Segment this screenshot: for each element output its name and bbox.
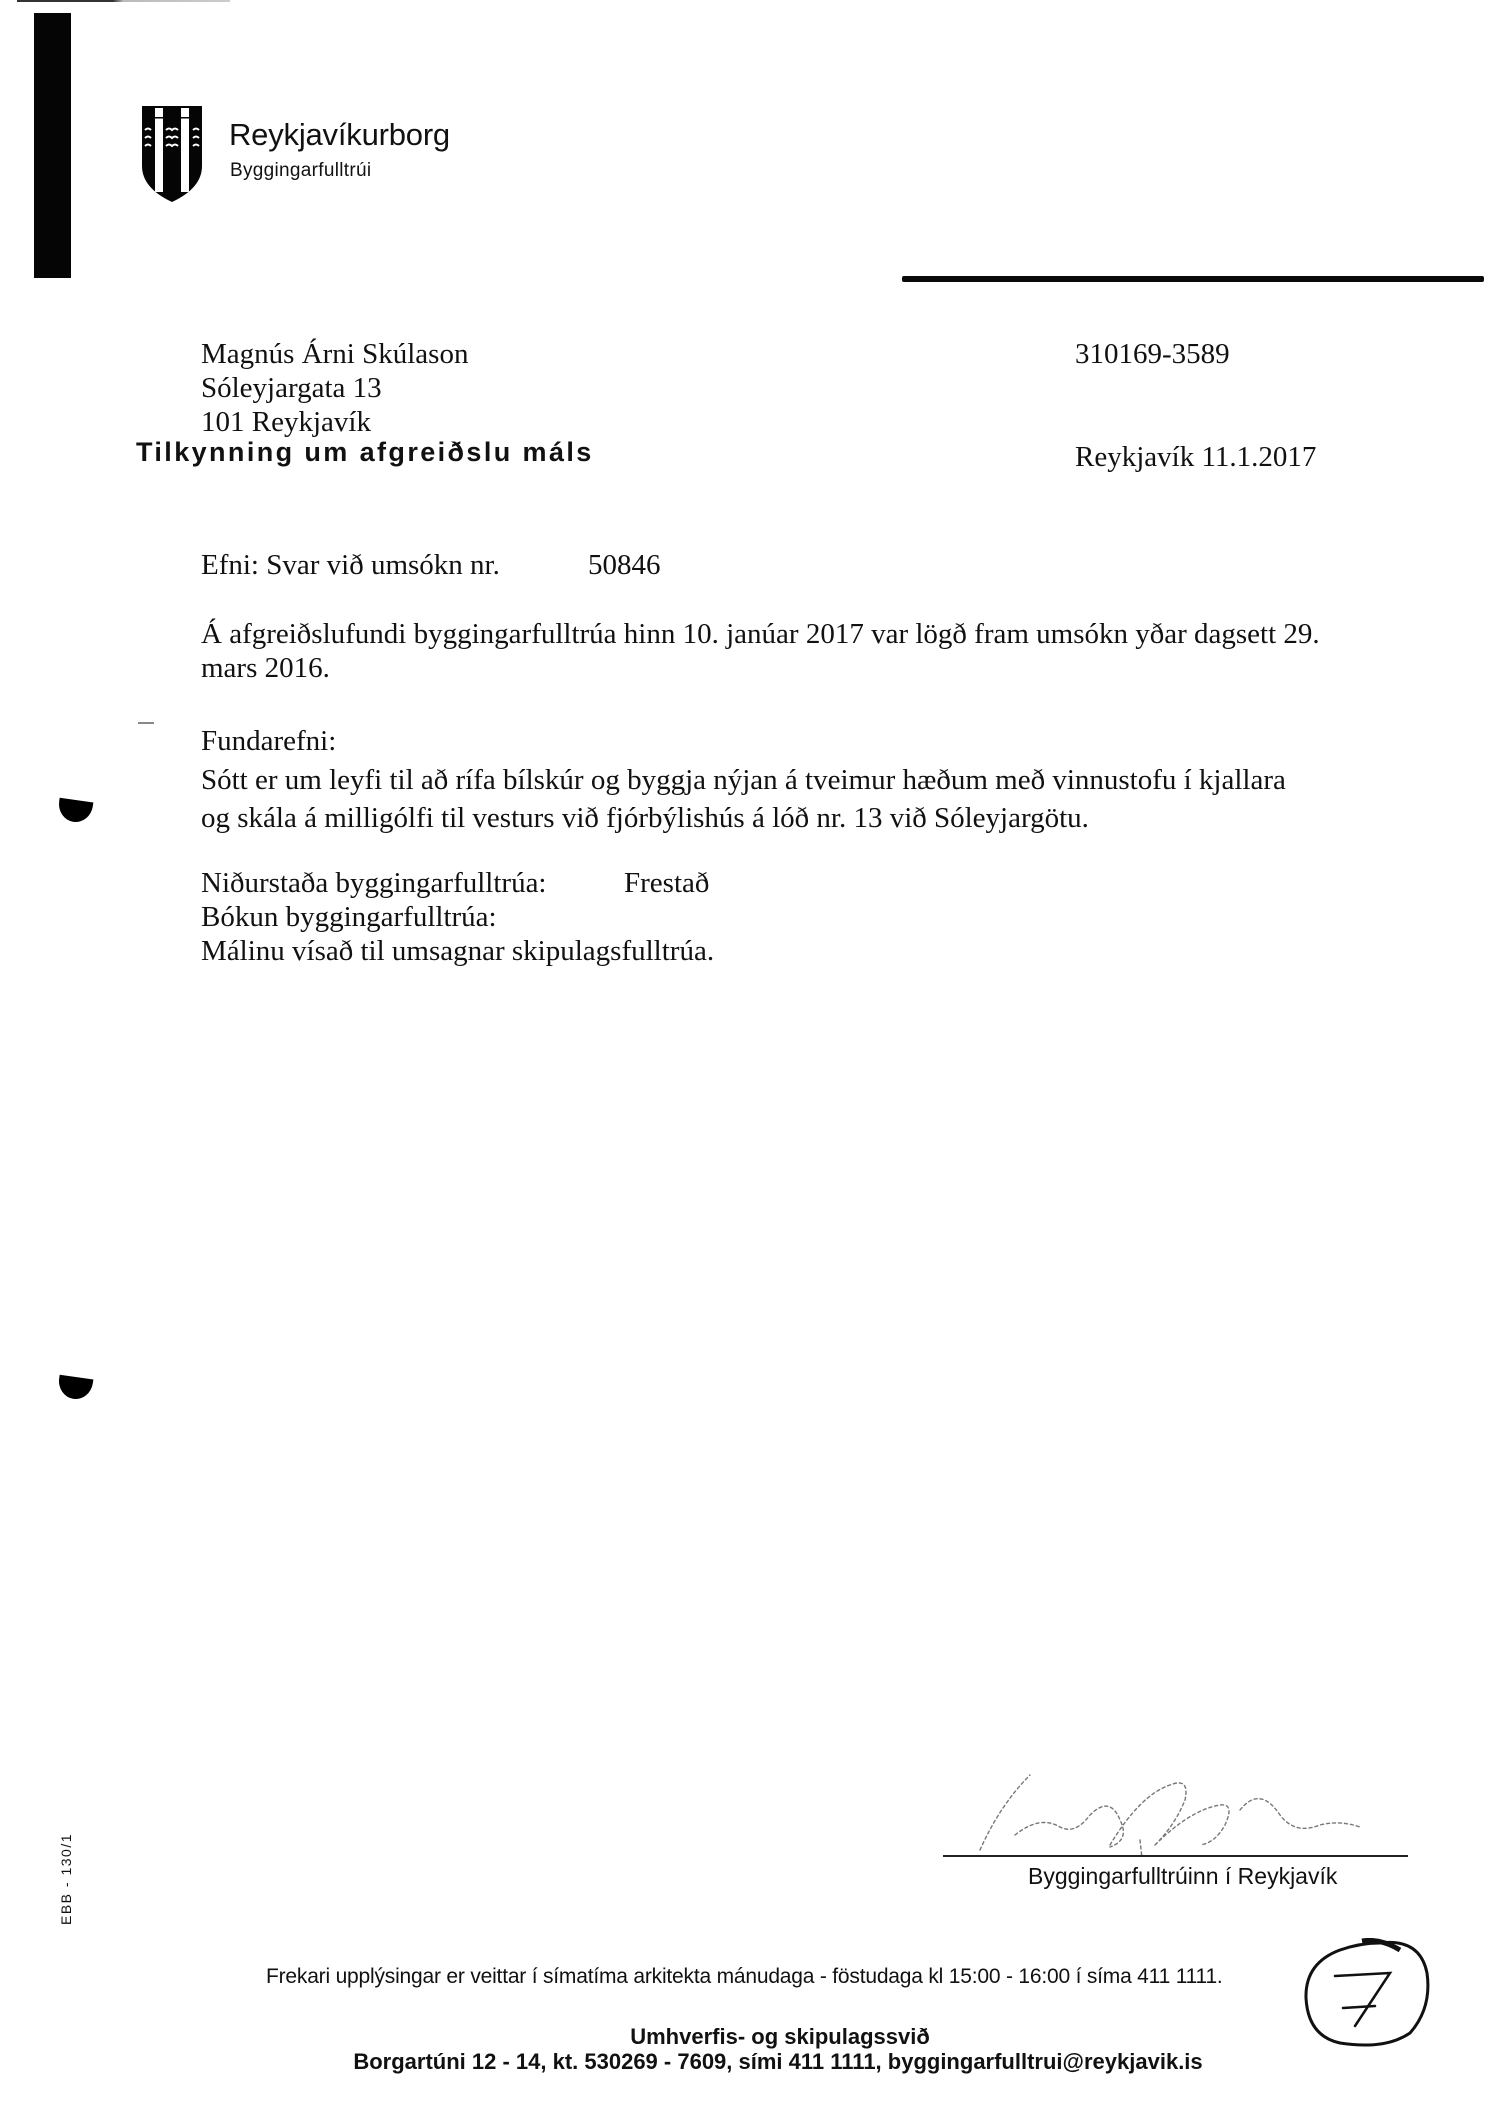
result-value: Frestað (624, 866, 709, 900)
footer-contact: Borgartúni 12 - 14, kt. 530269 - 7609, s… (0, 2049, 1500, 2075)
footer-info: Frekari upplýsingar er veittar í símatím… (266, 1965, 1223, 1989)
letterhead-side-bar (34, 13, 71, 278)
signature-line (943, 1855, 1408, 1857)
signatory-title: Byggingarfulltrúinn í Reykjavík (1028, 1863, 1337, 1890)
scan-artifact (138, 722, 154, 724)
meeting-text: Sótt er um leyfi til að rífa bílskúr og … (201, 761, 1311, 837)
booking-text: Málinu vísað til umsagnar skipulagsfullt… (201, 934, 714, 968)
booking-label: Bókun byggingarfulltrúa: (201, 900, 497, 934)
recipient-name: Magnús Árni Skúlason (201, 337, 468, 371)
recipient-street: Sóleyjargata 13 (201, 371, 468, 405)
result-label: Niðurstaða byggingarfulltrúa: (201, 866, 547, 900)
footer-department: Umhverfis- og skipulagssvið (0, 2024, 1500, 2050)
place-date: Reykjavík 11.1.2017 (1075, 440, 1316, 474)
scan-edge-line (17, 0, 230, 2)
subject-label: Efni: Svar við umsókn nr. (201, 548, 500, 582)
organization-name: Reykjavíkurborg (229, 117, 450, 153)
recipient-city: 101 Reykjavík (201, 405, 468, 439)
handwritten-signature-icon (960, 1755, 1400, 1855)
form-code: EBB - 130/1 (58, 1833, 74, 1925)
recipient-address: Magnús Árni Skúlason Sóleyjargata 13 101… (201, 337, 468, 439)
recipient-id-number: 310169-3589 (1075, 337, 1230, 371)
intro-paragraph: Á afgreiðslufundi byggingarfulltrúa hinn… (201, 617, 1351, 685)
punch-hole-mark (57, 798, 94, 825)
application-number: 50846 (588, 548, 661, 582)
notice-title: Tilkynning um afgreiðslu máls (136, 437, 594, 468)
header-divider (902, 276, 1484, 282)
meeting-label: Fundarefni: (201, 724, 336, 758)
department-name: Byggingarfulltrúi (230, 160, 371, 182)
svg-text:7: 7 (1300, 1938, 1301, 1939)
reykjavik-coat-of-arms-icon (142, 106, 202, 202)
punch-hole-mark (57, 1375, 94, 1402)
